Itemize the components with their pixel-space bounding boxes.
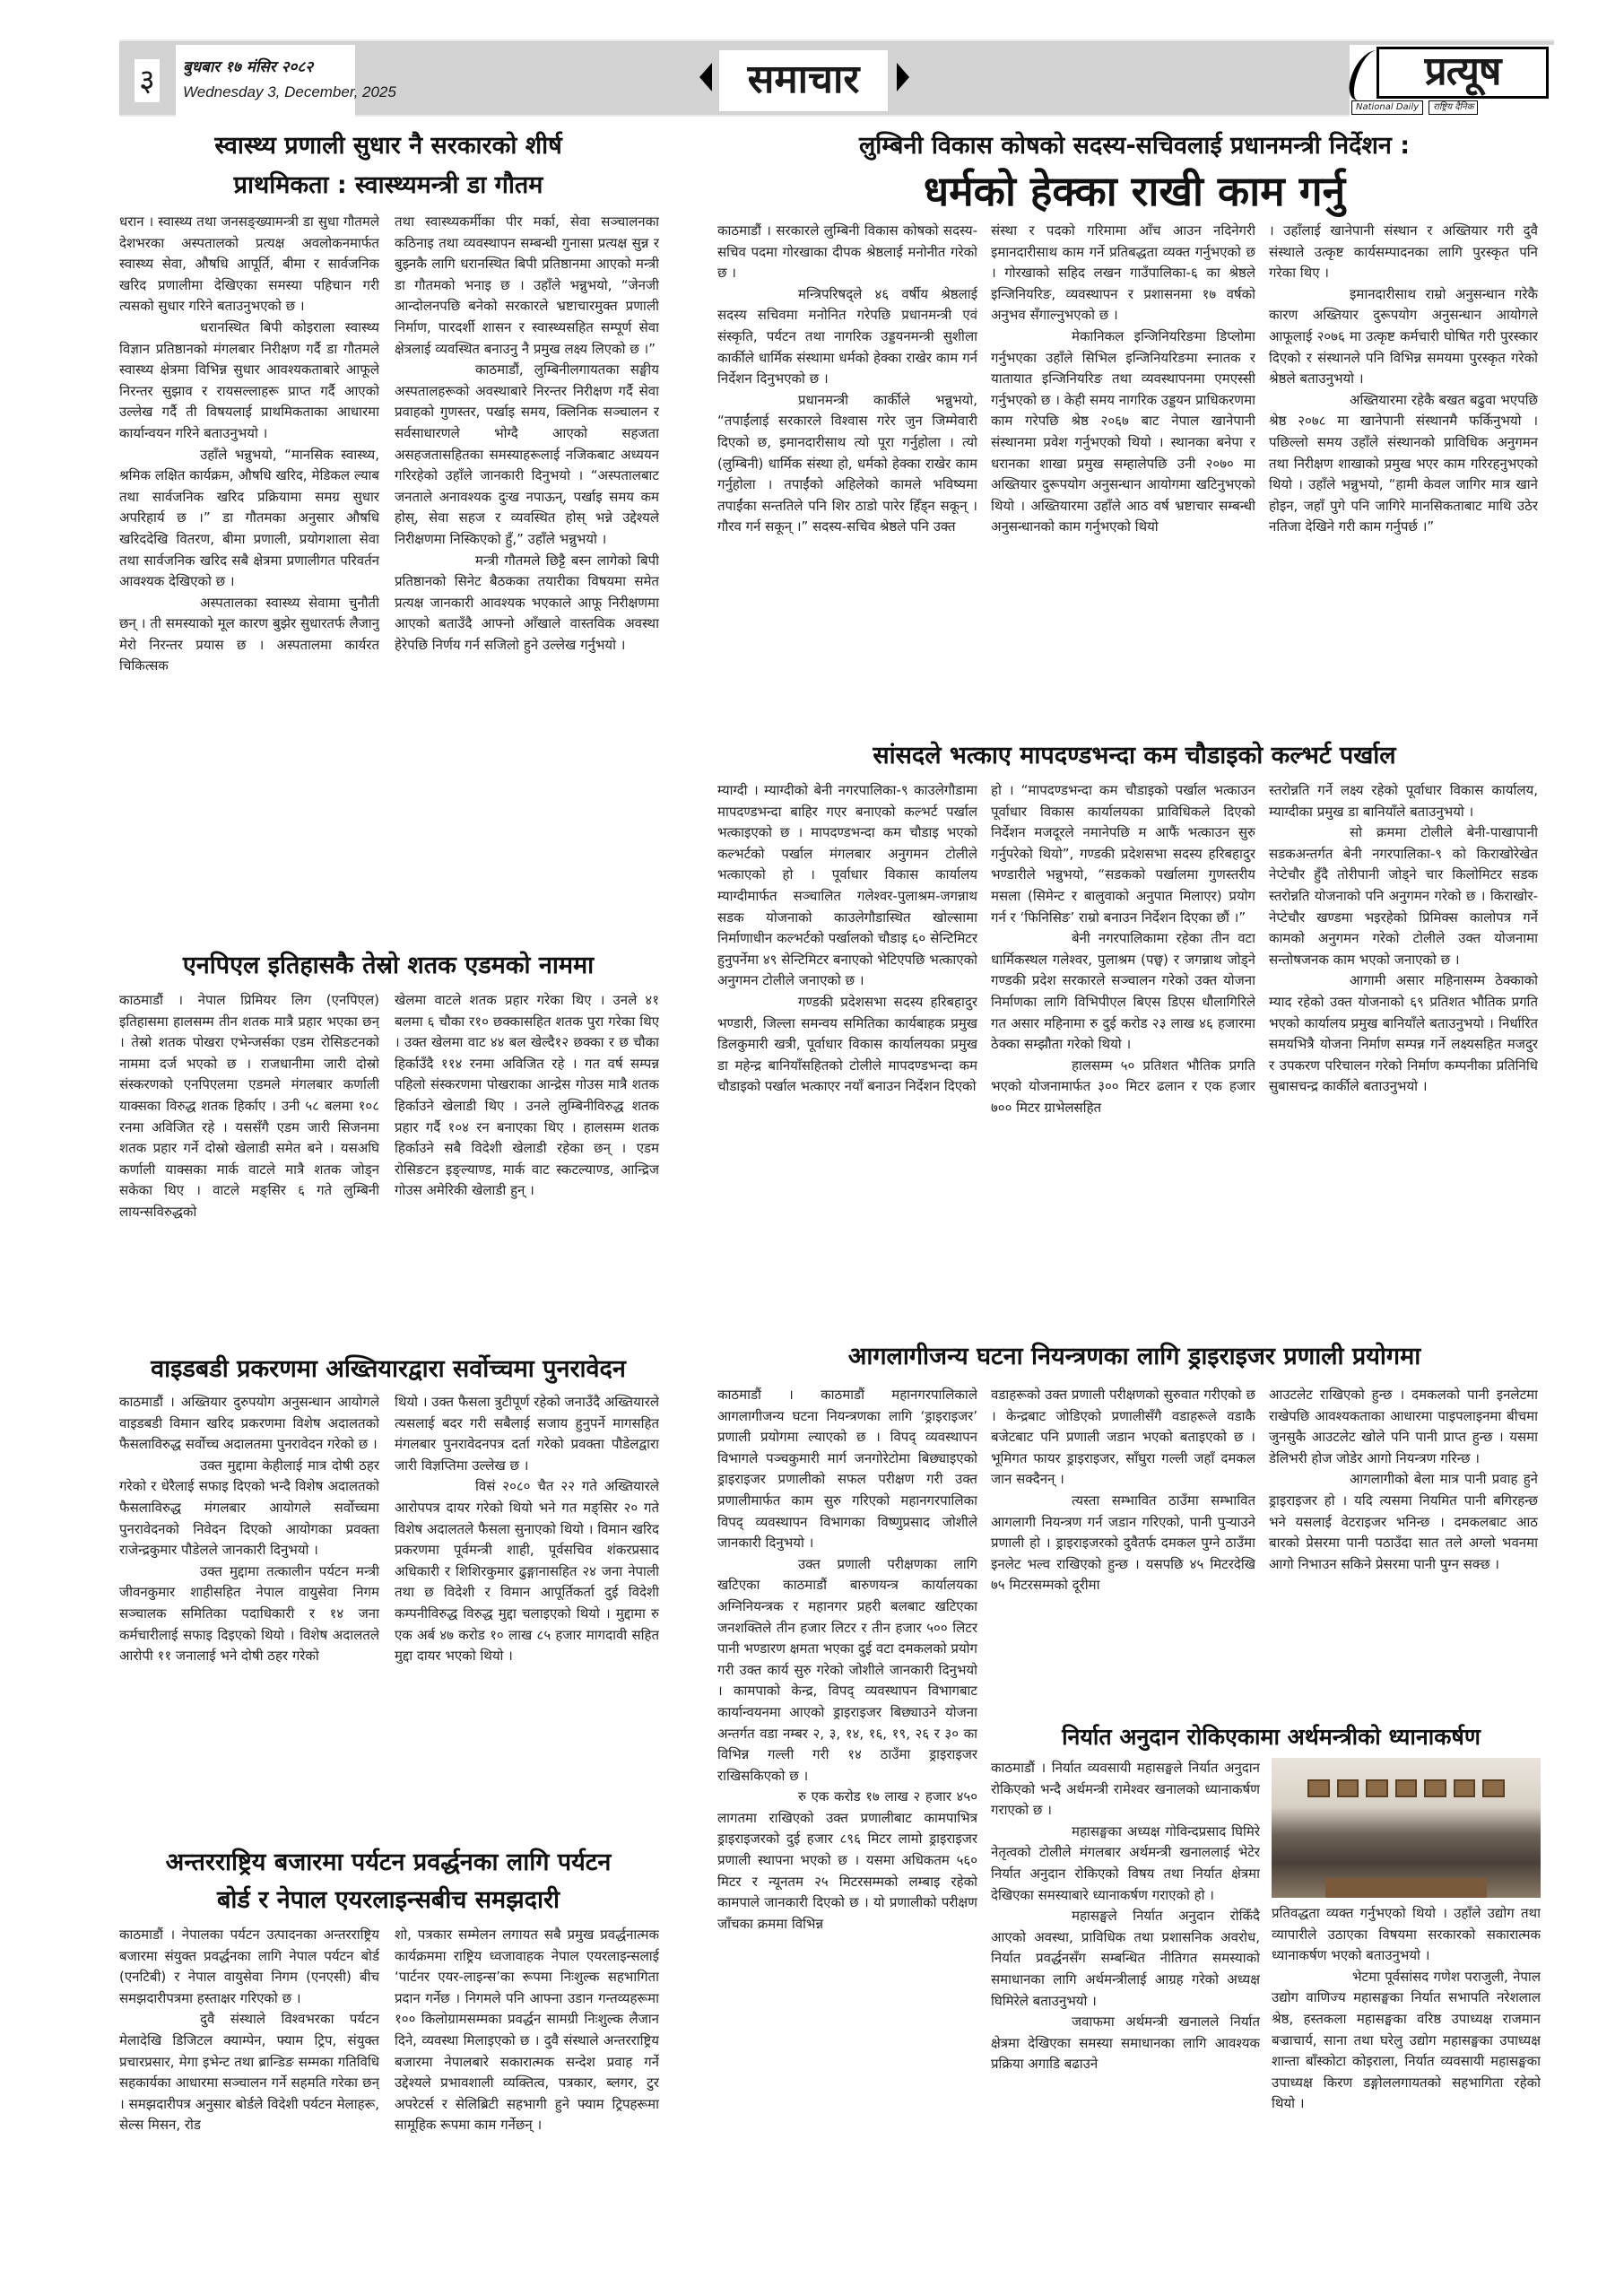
paragraph: उहाँले भन्नुभयो, “मानसिक स्वास्थ्य, श्रम… — [119, 445, 379, 593]
paragraph: थियो । उक्त फैसला त्रुटीपूर्ण रहेको जनाउ… — [395, 1392, 659, 1476]
paragraph: तथा स्वास्थ्यकर्मीका पीर मर्का, सेवा सञ्… — [395, 212, 659, 360]
tourism-column-1: काठमाडौं । नेपालका पर्यटन उत्पादनका अन्त… — [119, 1925, 379, 2274]
export-column-2: प्रतिवद्धता व्यक्त गर्नुभएको थियो । उहाँ… — [1272, 1903, 1541, 2289]
photo-people — [1290, 1812, 1532, 1883]
arrow-left-icon — [699, 63, 712, 91]
paragraph: काठमाडौं । निर्यात व्यवसायी महासङ्घले नि… — [991, 1758, 1260, 1822]
paragraph: महासङ्घका अध्यक्ष गोविन्दप्रसाद घिमिरे न… — [991, 1822, 1260, 1906]
paragraph: इमानदारीसाथ राम्रो अनुसन्धान गरेकै कारण … — [1269, 284, 1538, 390]
paragraph: प्रधानमन्त्री कार्कीले भन्नुभयो, “तपाईंल… — [717, 390, 977, 538]
lumbini-column-2: संस्था र पदको गरिमामा आँच आउन नदिनेगरी इ… — [991, 221, 1255, 732]
paragraph: उक्त प्रणाली परीक्षणका लागि खटिएका काठमा… — [717, 1554, 977, 1787]
culvert-headline: सांसदले भत्काए मापदण्डभन्दा कम चौडाइको क… — [717, 741, 1551, 771]
paragraph: धरानस्थित बिपी कोइराला स्वास्थ्य विज्ञान… — [119, 317, 379, 445]
paragraph: गण्डकी प्रदेशसभा सदस्य हरिबहादुर भण्डारी… — [717, 992, 977, 1098]
paragraph: हालसम्म ५० प्रतिशत भौतिक प्रगति भएको योज… — [991, 1056, 1255, 1119]
health-headline-line2: प्राथमिकता : स्वास्थ्यमन्त्री डा गौतम — [119, 170, 657, 201]
lumbini-headline: धर्मको हेक्का राखी काम गर्नु — [717, 165, 1551, 217]
logo-sub-nepali: राष्ट्रिय दैनिक — [1429, 100, 1478, 115]
paragraph: आउटलेट राखिएको हुन्छ । दमकलको पानी इनलेट… — [1269, 1385, 1538, 1469]
paragraph: धरान । स्वास्थ्य तथा जनसङ्ख्यामन्त्री डा… — [119, 212, 379, 317]
logo-subtitle: National Daily राष्ट्रिय दैनिक — [1351, 100, 1478, 115]
paragraph: महासङ्घले निर्यात अनुदान रोकिँदै आएको अव… — [991, 1906, 1260, 2012]
widebody-column-1: काठमाडौं । अख्तियार दुरुपयोग अनुसन्धान आ… — [119, 1392, 379, 1831]
paragraph: वडाहरूको उक्त प्रणाली परीक्षणको सुरुवात … — [991, 1385, 1255, 1491]
paragraph: अख्तियारमा रहेकै बखत बढुवा भएपछि श्रेष्ठ… — [1269, 390, 1538, 538]
paragraph: काठमाडौं, लुम्बिनीलगायतका सङ्घीय अस्पताल… — [395, 360, 659, 550]
paragraph: जवाफमा अर्थमन्त्री खनालले निर्यात क्षेत्… — [991, 2012, 1260, 2075]
paragraph: संस्था र पदको गरिमामा आँच आउन नदिनेगरी इ… — [991, 221, 1255, 326]
paragraph: खेलमा वाटले शतक प्रहार गरेका थिए । उनले … — [395, 990, 659, 1202]
lumbini-column-3: । उहाँलाई खानेपानी संस्थान र अख्तियार गर… — [1269, 221, 1538, 732]
export-column-1: काठमाडौं । निर्यात व्यवसायी महासङ्घले नि… — [991, 1758, 1260, 2287]
widebody-column-2: थियो । उक्त फैसला त्रुटीपूर्ण रहेको जनाउ… — [395, 1392, 659, 1831]
paragraph: दुवै संस्थाले विश्वभरका पर्यटन मेलादेखि … — [119, 2009, 379, 2136]
dryriser-column-2: वडाहरूको उक्त प्रणाली परीक्षणको सुरुवात … — [991, 1385, 1255, 1717]
date-nepali: बुधबार १७ मंसिर २०८२ — [183, 54, 348, 81]
paragraph: शो, पत्रकार सम्मेलन लगायत सबै प्रमुख प्र… — [395, 1925, 659, 2136]
photo-wall-frames — [1307, 1779, 1505, 1797]
lumbini-column-1: काठमाडौं । सरकारले लुम्बिनी विकास कोषको … — [717, 221, 977, 732]
paragraph: म्याग्दी । म्याग्दीको बेनी नगरपालिका-९ क… — [717, 780, 977, 992]
page-number: ३ — [135, 59, 160, 102]
export-headline: निर्यात अनुदान रोकिएकामा अर्थमन्त्रीको ध… — [991, 1722, 1551, 1752]
newspaper-logo: प्रत्यूष National Daily राष्ट्रिय दैनिक — [1350, 45, 1554, 118]
health-column-1: धरान । स्वास्थ्य तथा जनसङ्ख्यामन्त्री डा… — [119, 212, 379, 929]
paragraph: काठमाडौं । काठमाडौं महानगरपालिकाले आगलाग… — [717, 1385, 977, 1554]
npl-column-1: काठमाडौं । नेपाल प्रिमियर लिग (एनपिएल) इ… — [119, 990, 379, 1349]
culvert-column-3: स्तरोन्नति गर्ने लक्ष्य रहेको पूर्वाधार … — [1269, 780, 1538, 1336]
paragraph: हो । “मापदण्डभन्दा कम चौडाइको पर्खाल भत्… — [991, 780, 1255, 928]
arrow-right-icon — [897, 63, 909, 91]
tourism-headline-line1: अन्तरराष्ट्रिय बजारमा पर्यटन प्रवर्द्धनक… — [119, 1848, 657, 1878]
widebody-headline: वाइडबडी प्रकरणमा अख्तियारद्वारा सर्वोच्च… — [119, 1354, 657, 1385]
paragraph: । उहाँलाई खानेपानी संस्थान र अख्तियार गर… — [1269, 221, 1538, 284]
paragraph: आगलागीको बेला मात्र पानी प्रवाह हुने ड्र… — [1269, 1469, 1538, 1575]
lumbini-kicker: लुम्बिनी विकास कोषको सदस्य-सचिवलाई प्रधा… — [717, 131, 1551, 161]
tourism-headline-line2: बोर्ड र नेपाल एयरलाइन्सबीच समझदारी — [119, 1885, 657, 1916]
paragraph: मन्त्रिपरिषद्ले ४६ वर्षीय श्रेष्ठलाई सदस… — [717, 284, 977, 390]
paragraph: रु एक करोड १७ लाख २ हजार ४५० लागतमा राखि… — [717, 1787, 977, 1935]
health-headline-line1: स्वास्थ्य प्रणाली सुधार नै सरकारको शीर्ष — [119, 131, 657, 161]
delegation-meeting-photo — [1272, 1758, 1541, 1898]
date-box: बुधबार १७ मंसिर २०८२ Wednesday 3, Decemb… — [176, 45, 355, 117]
paragraph: भेटमा पूर्वसांसद गणेश पराजुली, नेपाल उद्… — [1272, 1967, 1541, 2115]
photo-table — [1325, 1878, 1487, 1898]
paragraph: स्तरोन्नति गर्ने लक्ष्य रहेको पूर्वाधार … — [1269, 780, 1538, 822]
paragraph: उक्त मुद्दामा केहीलाई मात्र दोषी ठहर गरे… — [119, 1456, 379, 1561]
culvert-column-2: हो । “मापदण्डभन्दा कम चौडाइको पर्खाल भत्… — [991, 780, 1255, 1336]
dryriser-column-3: आउटलेट राखिएको हुन्छ । दमकलको पानी इनलेट… — [1269, 1385, 1538, 1717]
paragraph: प्रतिवद्धता व्यक्त गर्नुभएको थियो । उहाँ… — [1272, 1903, 1541, 1967]
paragraph: विसं २०८० चैत २२ गते अख्तियारले आरोपपत्र… — [395, 1476, 659, 1666]
paragraph: मन्त्री गौतमले छिट्टै बस्न लागेको बिपी प… — [395, 551, 659, 657]
date-english: Wednesday 3, December, 2025 — [183, 81, 348, 104]
dryriser-headline: आगलागीजन्य घटना नियन्त्रणका लागि ड्राइरा… — [717, 1342, 1551, 1372]
culvert-column-1: म्याग्दी । म्याग्दीको बेनी नगरपालिका-९ क… — [717, 780, 977, 1336]
logo-title: प्रत्यूष — [1376, 47, 1549, 99]
paragraph: आगामी असार महिनासम्म ठेक्काको म्याद रहेक… — [1269, 970, 1538, 1098]
paragraph: काठमाडौं । नेपालका पर्यटन उत्पादनका अन्त… — [119, 1925, 379, 2009]
paragraph: अस्पतालका स्वास्थ्य सेवामा चुनौती छन् । … — [119, 593, 379, 677]
tourism-column-2: शो, पत्रकार सम्मेलन लगायत सबै प्रमुख प्र… — [395, 1925, 659, 2274]
paragraph: काठमाडौं । सरकारले लुम्बिनी विकास कोषको … — [717, 221, 977, 284]
section-title: समाचार — [719, 50, 888, 111]
paragraph: बेनी नगरपालिकामा रहेका तीन वटा धार्मिकस्… — [991, 928, 1255, 1056]
paragraph: काठमाडौं । अख्तियार दुरुपयोग अनुसन्धान आ… — [119, 1392, 379, 1456]
paragraph: काठमाडौं । नेपाल प्रिमियर लिग (एनपिएल) इ… — [119, 990, 379, 1223]
health-column-2: तथा स्वास्थ्यकर्मीका पीर मर्का, सेवा सञ्… — [395, 212, 659, 929]
npl-headline: एनपिएल इतिहासकै तेस्रो शतक एडमको नाममा — [119, 951, 657, 981]
npl-column-2: खेलमा वाटले शतक प्रहार गरेका थिए । उनले … — [395, 990, 659, 1349]
paragraph: उक्त मुद्दामा तत्कालीन पर्यटन मन्त्री जी… — [119, 1561, 379, 1667]
paragraph: सो क्रममा टोलीले बेनी-पाखापानी सडकअन्तर्… — [1269, 822, 1538, 970]
paragraph: मेकानिकल इन्जिनियरिङमा डिप्लोमा गर्नुभएक… — [991, 326, 1255, 538]
dryriser-column-1: काठमाडौं । काठमाडौं महानगरपालिकाले आगलाग… — [717, 1385, 977, 2282]
logo-sub-english: National Daily — [1351, 100, 1423, 115]
paragraph: त्यस्ता सम्भावित ठाउँमा सम्भावित आगलागी … — [991, 1491, 1255, 1596]
